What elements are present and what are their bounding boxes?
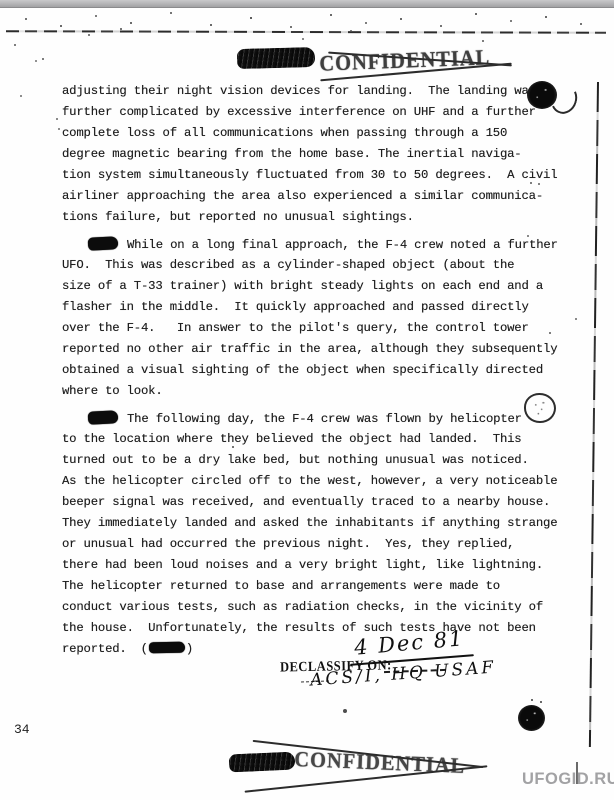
typed-text: reported. bbox=[62, 642, 127, 656]
typed-line: over the F-4. In answer to the pilot's q… bbox=[62, 321, 567, 342]
typed-text: airliner approaching the area also exper… bbox=[62, 189, 543, 203]
typed-line: to the location where they believed the … bbox=[62, 432, 567, 453]
redaction-mark bbox=[149, 642, 185, 654]
typed-text: The following day, the F-4 crew was flow… bbox=[127, 412, 522, 426]
typed-line: They immediately landed and asked the in… bbox=[62, 516, 567, 537]
typed-line: beeper signal was received, and eventual… bbox=[62, 495, 567, 516]
typed-text: UFO. This was described as a cylinder-sh… bbox=[62, 258, 514, 272]
typed-line: size of a T-33 trainer) with bright stea… bbox=[62, 279, 567, 300]
typed-line: flasher in the middle. It quickly approa… bbox=[62, 300, 567, 321]
typed-text: over the F-4. In answer to the pilot's q… bbox=[62, 321, 529, 335]
scan-noise-specks bbox=[0, 0, 2, 2]
typed-text: conduct various tests, such as radiation… bbox=[62, 600, 543, 614]
typed-line: there had been loud noises and a very br… bbox=[62, 558, 567, 579]
typed-line: the house. Unfortunately, the results of… bbox=[62, 621, 567, 642]
typed-line: complete loss of all communications when… bbox=[62, 126, 567, 147]
typed-line: conduct various tests, such as radiation… bbox=[62, 600, 567, 621]
typed-line: or unusual had occurred the previous nig… bbox=[62, 537, 567, 558]
typed-text: to the location where they believed the … bbox=[62, 432, 521, 446]
redaction-mark bbox=[88, 410, 119, 425]
typed-line: tions failure, but reported no unusual s… bbox=[62, 210, 567, 231]
typed-line: While on a long final approach, the F-4 … bbox=[62, 237, 567, 258]
typed-line: further complicated by excessive interfe… bbox=[62, 105, 567, 126]
page-number: 34 bbox=[14, 722, 30, 737]
typed-text: The helicopter returned to base and arra… bbox=[62, 579, 500, 593]
typed-text: or unusual had occurred the previous nig… bbox=[62, 537, 514, 551]
typed-line: The following day, the F-4 crew was flow… bbox=[62, 411, 567, 432]
paragraph: While on a long final approach, the F-4 … bbox=[62, 237, 567, 405]
typed-line: reported no other air traffic in the are… bbox=[62, 342, 567, 363]
scan-edge-bar bbox=[0, 0, 614, 8]
typed-line: degree magnetic bearing from the home ba… bbox=[62, 147, 567, 168]
confidential-stamp-bottom: CONFIDENTIAL bbox=[294, 748, 466, 780]
paragraph: The following day, the F-4 crew was flow… bbox=[62, 411, 567, 663]
scanned-document-page: CONFIDENTIAL adjusting their night visio… bbox=[0, 0, 614, 800]
typed-text: reported no other air traffic in the are… bbox=[62, 342, 557, 356]
typed-text: turned out to be a dry lake bed, but not… bbox=[62, 453, 529, 467]
typed-line: tion system simultaneously fluctuated fr… bbox=[62, 168, 567, 189]
typed-text: complete loss of all communications when… bbox=[62, 126, 507, 140]
stamp-circle-mark bbox=[524, 393, 556, 423]
typed-line: As the helicopter circled off to the wes… bbox=[62, 474, 567, 495]
typed-text: They immediately landed and asked the in… bbox=[62, 516, 557, 530]
redaction-mark bbox=[88, 236, 119, 251]
typed-text: degree magnetic bearing from the home ba… bbox=[62, 147, 521, 161]
typed-line: UFO. This was described as a cylinder-sh… bbox=[62, 258, 567, 279]
typed-line: The helicopter returned to base and arra… bbox=[62, 579, 567, 600]
ink-blot-mark bbox=[518, 705, 545, 731]
typed-text: tion system simultaneously fluctuated fr… bbox=[62, 168, 557, 182]
typed-line: turned out to be a dry lake bed, but not… bbox=[62, 453, 567, 474]
typed-text: the house. Unfortunately, the results of… bbox=[62, 621, 536, 635]
typed-text: size of a T-33 trainer) with bright stea… bbox=[62, 279, 543, 293]
typed-text: flasher in the middle. It quickly approa… bbox=[62, 300, 529, 314]
typed-text: obtained a visual sighting of the object… bbox=[62, 363, 543, 377]
typed-text: where to look. bbox=[62, 384, 163, 398]
scan-artifact-line bbox=[6, 30, 606, 34]
paragraph: adjusting their night vision devices for… bbox=[62, 84, 567, 231]
typed-text: beeper signal was received, and eventual… bbox=[62, 495, 550, 509]
page-edge-line bbox=[589, 82, 599, 747]
typed-line: adjusting their night vision devices for… bbox=[62, 84, 567, 105]
typed-line: obtained a visual sighting of the object… bbox=[62, 363, 567, 384]
typed-text: there had been loud noises and a very br… bbox=[62, 558, 543, 572]
typed-text: As the helicopter circled off to the wes… bbox=[62, 474, 557, 488]
typed-text-block: adjusting their night vision devices for… bbox=[62, 84, 567, 663]
obliterated-secret-stamp-bottom bbox=[229, 752, 296, 773]
typed-text: adjusting their night vision devices for… bbox=[62, 84, 536, 98]
obliterated-secret-stamp-top bbox=[237, 47, 315, 69]
typed-text: further complicated by excessive interfe… bbox=[62, 105, 536, 119]
typed-line: where to look. bbox=[62, 384, 567, 405]
typed-text: tions failure, but reported no unusual s… bbox=[62, 210, 414, 224]
site-watermark: UFOGID.RU bbox=[522, 770, 614, 789]
typed-text: While on a long final approach, the F-4 … bbox=[127, 238, 558, 252]
typed-line: airliner approaching the area also exper… bbox=[62, 189, 567, 210]
